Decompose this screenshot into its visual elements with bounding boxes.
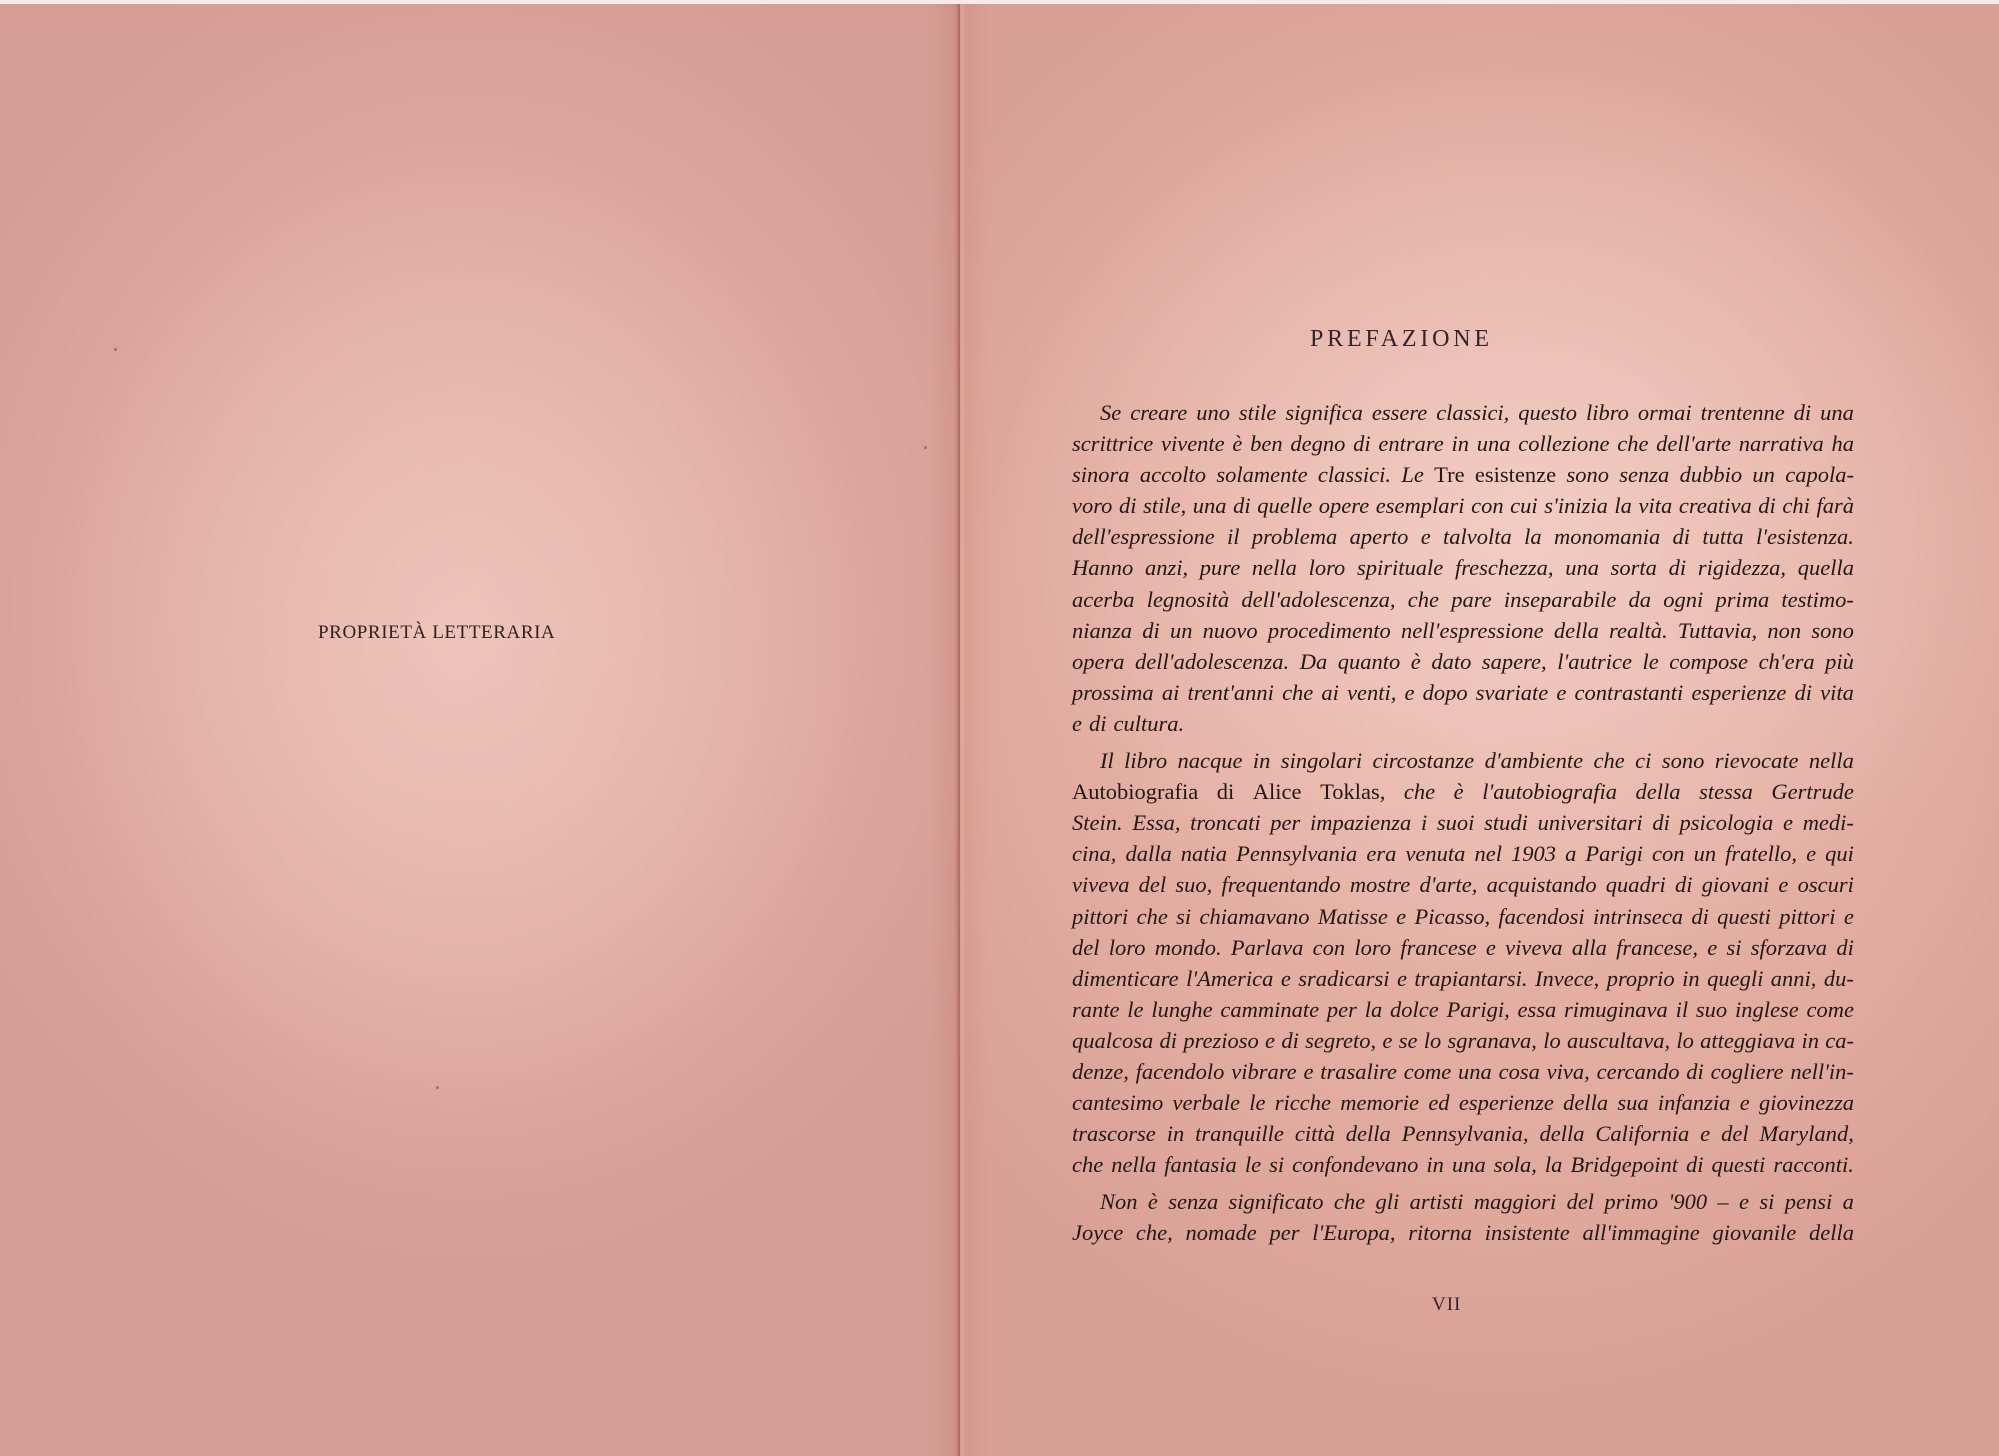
word: universitari <box>1538 807 1643 838</box>
word: sola, <box>1494 1149 1537 1180</box>
word: trasalire <box>1320 1056 1397 1087</box>
word: realtà. <box>1609 615 1668 646</box>
text-line: Stein.Essa,troncatiperimpazienzaisuoistu… <box>1072 807 1854 838</box>
word: con <box>1652 838 1685 869</box>
word: Non <box>1100 1186 1138 1217</box>
word: classici, <box>1436 397 1509 428</box>
word: collezione <box>1518 428 1609 459</box>
word: artisti <box>1410 1186 1464 1217</box>
word: medi- <box>1803 807 1854 838</box>
text-line: operadell'adolescenza.Daquantoèdatosaper… <box>1072 646 1854 677</box>
word: dubbio <box>1680 459 1743 490</box>
word: acquistando <box>1487 869 1597 900</box>
word: questo <box>1518 397 1577 428</box>
word: e <box>1486 932 1496 963</box>
word: e <box>1281 963 1291 994</box>
word: e <box>1405 677 1415 708</box>
paper-speck <box>924 446 927 449</box>
word: Parigi, <box>1447 994 1510 1025</box>
gutter-fold <box>958 4 960 1456</box>
word: di <box>1795 677 1813 708</box>
text-line: Joyceche,nomadeperl'Europa,ritornainsist… <box>1072 1217 1854 1248</box>
word: dell'adolescenza, <box>1241 584 1395 615</box>
word: fantasia <box>1164 1149 1237 1180</box>
word: farà <box>1816 490 1854 521</box>
word: facendolo <box>1136 1056 1225 1087</box>
word: e <box>1700 1118 1710 1149</box>
word: rigidezza, <box>1698 552 1786 583</box>
word: una <box>1477 428 1511 459</box>
word: racconti. <box>1773 1149 1854 1180</box>
word: Stein. <box>1072 807 1123 838</box>
word: quadri <box>1606 869 1666 900</box>
word: Pennsylvania <box>1236 838 1357 869</box>
word: le <box>1245 1149 1261 1180</box>
word: della <box>1346 1118 1391 1149</box>
word: impazienza <box>1310 807 1411 838</box>
word: creativa <box>1679 490 1752 521</box>
word: cultura. <box>1114 708 1185 739</box>
word: rievocate <box>1715 745 1799 776</box>
word: giovanile <box>1713 1217 1797 1248</box>
word: opere <box>1319 490 1369 521</box>
word: in <box>1682 963 1700 994</box>
word: essa <box>1518 994 1557 1025</box>
word: dell'arte <box>1656 428 1731 459</box>
word: prossima <box>1072 677 1154 708</box>
word: ogni <box>1663 584 1703 615</box>
word: del <box>1139 869 1167 900</box>
word: loro <box>1309 552 1346 583</box>
word: e <box>1556 677 1566 708</box>
word: d'ambiente <box>1485 745 1584 776</box>
word: di <box>1686 1149 1704 1180</box>
word: e <box>1844 901 1854 932</box>
word: si <box>1176 901 1191 932</box>
word: in <box>1801 1025 1819 1056</box>
word: se <box>1399 1025 1418 1056</box>
word: di <box>1686 1056 1704 1087</box>
text-line: rantelelunghecamminateperladolceParigi,e… <box>1072 994 1854 1025</box>
word: le <box>1127 994 1143 1025</box>
word: dimenticare <box>1072 963 1179 994</box>
word: che <box>1282 677 1313 708</box>
word: ed <box>1428 1087 1449 1118</box>
word: chi <box>1782 490 1810 521</box>
text-line: vivevadelsuo,frequentandomostred'arte,ac… <box>1072 869 1854 900</box>
word: Parlava <box>1231 932 1304 963</box>
text-line: dell'espressioneilproblemaapertoetalvolt… <box>1072 521 1854 552</box>
word: quegli <box>1707 963 1763 994</box>
word: di <box>1089 708 1107 739</box>
word: si <box>1269 1149 1284 1180</box>
word: ritorna <box>1408 1217 1472 1248</box>
paper-speck <box>114 348 117 351</box>
word: di <box>1669 552 1687 583</box>
word: cosa <box>1499 1056 1540 1087</box>
text-line: Illibronacqueinsingolaricircostanzed'amb… <box>1072 745 1854 776</box>
word: esperienze <box>1459 1087 1554 1118</box>
word: la <box>1365 994 1383 1025</box>
word: singolari <box>1281 745 1362 776</box>
text-line: scrittriceviventeèbendegnodientrareinuna… <box>1072 428 1854 459</box>
word: '900 <box>1669 1186 1708 1217</box>
word: trent'anni <box>1187 677 1273 708</box>
word: ai <box>1162 677 1180 708</box>
word: svariate <box>1476 677 1549 708</box>
word: Pennsylvania, <box>1402 1118 1529 1149</box>
word: prima <box>1715 584 1769 615</box>
word: che <box>1072 1149 1103 1180</box>
word: suoi <box>1437 807 1475 838</box>
word: Il <box>1100 745 1114 776</box>
word: di <box>1652 807 1670 838</box>
word: vita <box>1820 677 1854 708</box>
word: solamente <box>1216 459 1307 490</box>
left-page: PROPRIETÀ LETTERARIA <box>0 4 958 1456</box>
word: l'esistenza. <box>1756 521 1854 552</box>
word: inglese <box>1735 994 1799 1025</box>
word: quelle <box>1257 490 1312 521</box>
word: loro <box>1109 932 1146 963</box>
word: una <box>1193 490 1227 521</box>
word: con <box>1313 932 1346 963</box>
word: che, <box>1136 1217 1173 1248</box>
word: 1903 <box>1511 838 1556 869</box>
word: significa <box>1285 397 1363 428</box>
text-line: cina,dallanatiaPennsylvaniaeravenutanel1… <box>1072 838 1854 869</box>
word: di <box>1675 869 1693 900</box>
word: e <box>1806 838 1816 869</box>
word: una <box>1820 397 1854 428</box>
word: viveva <box>1505 932 1562 963</box>
word: anzi, <box>1145 552 1188 583</box>
word: verbale <box>1173 1087 1240 1118</box>
word: i <box>1421 807 1427 838</box>
word: l'America <box>1186 963 1273 994</box>
word: francese, <box>1616 932 1698 963</box>
word: troncati <box>1190 807 1260 838</box>
word: all'immagine <box>1582 1217 1699 1248</box>
word: Gertrude <box>1771 776 1854 807</box>
word: circostanze <box>1373 745 1475 776</box>
word: più <box>1825 646 1854 677</box>
word: le <box>1249 1087 1265 1118</box>
word: sono <box>1811 615 1854 646</box>
word: Essa, <box>1132 807 1180 838</box>
word: natia <box>1181 838 1227 869</box>
word: e <box>1396 901 1406 932</box>
word: del <box>1721 1118 1749 1149</box>
word: insistente <box>1485 1217 1570 1248</box>
word: contrastanti <box>1575 677 1684 708</box>
word: pare <box>1451 584 1491 615</box>
word: mondo. <box>1155 932 1222 963</box>
word: Toklas, <box>1320 776 1385 807</box>
word: venti, <box>1347 677 1396 708</box>
word: nell'espressione <box>1401 615 1544 646</box>
word: essere <box>1372 397 1427 428</box>
word: classici. <box>1318 459 1391 490</box>
word: fratello, <box>1725 838 1797 869</box>
word: libro <box>1586 397 1629 428</box>
word: pure <box>1200 552 1240 583</box>
word: ci <box>1635 745 1651 776</box>
word: tutta <box>1702 521 1743 552</box>
word: frequentando <box>1221 869 1340 900</box>
word: ca- <box>1825 1025 1854 1056</box>
word: Tre <box>1434 459 1464 490</box>
word: opera <box>1072 646 1125 677</box>
word: il <box>1227 521 1240 552</box>
word: confondevano <box>1292 1149 1418 1180</box>
word: come <box>1807 994 1854 1025</box>
word: e <box>1739 1186 1749 1217</box>
word: nell'in- <box>1790 1056 1854 1087</box>
text-line: Nonèsenzasignificatochegliartistimaggior… <box>1072 1186 1854 1217</box>
word: di <box>1758 490 1776 521</box>
text-line: acerbalegnositàdell'adolescenza,cheparei… <box>1072 584 1854 615</box>
word: è <box>1148 1186 1158 1217</box>
word: sono <box>1662 745 1705 776</box>
text-line: chenellafantasialesiconfondevanoinunasol… <box>1072 1149 1854 1180</box>
text-line: delloromondo.Parlavaconlorofranceseevive… <box>1072 932 1854 963</box>
word: di <box>1794 397 1812 428</box>
word: atteggiava <box>1700 1025 1795 1056</box>
word: oscuri <box>1798 869 1854 900</box>
word: dato <box>1431 646 1471 677</box>
word: Tuttavia, <box>1678 615 1757 646</box>
word: di <box>1836 932 1854 963</box>
word: ben <box>1250 428 1283 459</box>
word: cercando <box>1597 1056 1680 1087</box>
word: una <box>1458 1056 1492 1087</box>
word: dell'espressione <box>1072 521 1215 552</box>
word: problema <box>1252 521 1337 552</box>
word: a <box>1565 838 1576 869</box>
word: primo <box>1604 1186 1658 1217</box>
word: voro <box>1072 490 1112 521</box>
word: Invece, <box>1535 963 1599 994</box>
word: lunghe <box>1151 994 1212 1025</box>
word: e <box>1421 521 1431 552</box>
word: dalla <box>1125 838 1171 869</box>
word: monomania <box>1554 521 1660 552</box>
word: Parigi <box>1585 838 1643 869</box>
word: una <box>1452 1149 1486 1180</box>
word: qualcosa <box>1072 1025 1153 1056</box>
word: l'autobiografia <box>1482 776 1617 807</box>
word: mostre <box>1350 869 1410 900</box>
word: vivente <box>1161 428 1225 459</box>
word: sinora <box>1072 459 1130 490</box>
word: du- <box>1824 963 1854 994</box>
word: un <box>1694 838 1717 869</box>
word: uno <box>1196 397 1230 428</box>
text-line: sinoraaccoltosolamenteclassici.LeTreesis… <box>1072 459 1854 490</box>
word: trentenne <box>1701 397 1785 428</box>
word: è <box>1411 646 1421 677</box>
word: trapiantarsi. <box>1414 963 1527 994</box>
word: sua <box>1617 1087 1648 1118</box>
word: vibrare <box>1231 1056 1296 1087</box>
text-line: trascorseintranquillecittàdellaPennsylva… <box>1072 1118 1854 1149</box>
word: stessa <box>1699 776 1753 807</box>
word: di <box>1119 490 1137 521</box>
word: non <box>1767 615 1801 646</box>
word: in <box>1167 1118 1185 1149</box>
word: ch'era <box>1759 646 1815 677</box>
word: che <box>1594 745 1625 776</box>
word: con <box>1471 490 1504 521</box>
word: questi <box>1717 901 1771 932</box>
word: in <box>1426 1149 1444 1180</box>
word: che <box>1137 901 1168 932</box>
text-line: prossimaaitrent'annicheaiventi,edoposvar… <box>1072 677 1854 708</box>
word: degno <box>1290 428 1345 459</box>
word: in <box>1452 428 1470 459</box>
word: quella <box>1798 552 1854 583</box>
word: nella <box>1111 1149 1156 1180</box>
word: nel <box>1474 838 1502 869</box>
word: e <box>1778 869 1788 900</box>
word: inseparabile <box>1504 584 1617 615</box>
book-gutter <box>930 4 990 1456</box>
word: e <box>1707 932 1717 963</box>
word: vita <box>1639 490 1673 521</box>
word: della <box>1636 776 1681 807</box>
word: questi <box>1712 1149 1766 1180</box>
book-spread: PROPRIETÀ LETTERARIA PREFAZIONE Secreare… <box>0 4 1999 1456</box>
word: come <box>1404 1056 1451 1087</box>
word: Le <box>1401 459 1424 490</box>
word: esemplari <box>1376 490 1465 521</box>
word: cina, <box>1072 838 1116 869</box>
preface-body: Secreareunostilesignificaessereclassici,… <box>1072 397 1854 1249</box>
word: narrativa <box>1739 428 1824 459</box>
word: di <box>1281 1025 1299 1056</box>
word: pittori <box>1779 901 1835 932</box>
word: sgranava, <box>1448 1025 1537 1056</box>
word: auscultava, <box>1567 1025 1670 1056</box>
word: senza <box>1168 1186 1218 1217</box>
word: cui <box>1510 490 1538 521</box>
word: studi <box>1484 807 1528 838</box>
word: sono <box>1566 459 1609 490</box>
word: le <box>1643 646 1659 677</box>
word: nomade <box>1186 1217 1257 1248</box>
word: viveva <box>1072 869 1129 900</box>
word: pittori <box>1072 901 1128 932</box>
text-line: vorodistile,unadiquelleopereesemplaricon… <box>1072 490 1854 521</box>
word: di <box>1691 901 1709 932</box>
word: facendosi <box>1498 901 1584 932</box>
word: trascorse <box>1072 1118 1156 1149</box>
word: per <box>1327 994 1357 1025</box>
word: città <box>1295 1118 1335 1149</box>
word: di <box>1353 428 1371 459</box>
word: Hanno <box>1072 552 1133 583</box>
text-line: Hannoanzi,purenellalorospiritualefresche… <box>1072 552 1854 583</box>
word: viva, <box>1547 1056 1590 1087</box>
word: ricche <box>1275 1087 1331 1118</box>
word: da <box>1629 584 1652 615</box>
word: accolto <box>1140 459 1206 490</box>
word: che <box>1404 776 1435 807</box>
word: è <box>1454 776 1464 807</box>
word: un <box>1170 615 1193 646</box>
word: camminate <box>1220 994 1319 1025</box>
word: e <box>1265 1025 1275 1056</box>
word: senza <box>1619 459 1669 490</box>
word: e <box>1783 807 1793 838</box>
word: aperto <box>1350 521 1409 552</box>
word: la <box>1545 1149 1563 1180</box>
word: quanto <box>1338 646 1401 677</box>
word: legnosità <box>1147 584 1230 615</box>
word: proprio <box>1607 963 1675 994</box>
word: la <box>1614 490 1632 521</box>
text-line: edicultura. <box>1072 708 1854 739</box>
word: ha <box>1831 428 1854 459</box>
word: francese <box>1400 932 1476 963</box>
word: segreto, <box>1305 1025 1376 1056</box>
word: significato <box>1229 1186 1324 1217</box>
word: a <box>1843 1186 1854 1217</box>
word: libro <box>1124 745 1167 776</box>
word: un <box>1752 459 1775 490</box>
word: stile <box>1239 397 1277 428</box>
word: s'inizia <box>1544 490 1608 521</box>
word: Matisse <box>1318 901 1388 932</box>
word: ai <box>1321 677 1339 708</box>
text-line: pittorichesichiamavanoMatisseePicasso,fa… <box>1072 901 1854 932</box>
word: nuovo <box>1203 615 1258 646</box>
word: prezioso <box>1183 1025 1258 1056</box>
word: loro <box>1354 932 1391 963</box>
word: del <box>1072 932 1100 963</box>
word: si <box>1759 1186 1774 1217</box>
word: alla <box>1572 932 1607 963</box>
word: pensi <box>1785 1186 1833 1217</box>
word: lo <box>1543 1025 1561 1056</box>
word: della <box>1554 615 1599 646</box>
text-line: AutobiografiadiAliceToklas,cheèl'autobio… <box>1072 776 1854 807</box>
word: cogliere <box>1711 1056 1784 1087</box>
text-line: nianzadiunnuovoprocedimentonell'espressi… <box>1072 615 1854 646</box>
word: d'arte, <box>1419 869 1477 900</box>
page-number: VII <box>1432 1294 1461 1316</box>
word: che <box>1617 428 1648 459</box>
word: stile, <box>1143 490 1186 521</box>
text-line: dimenticarel'Americaesradicarsietrapiant… <box>1072 963 1854 994</box>
word: nella <box>1809 745 1854 776</box>
word: dopo <box>1423 677 1468 708</box>
word: ormai <box>1638 397 1692 428</box>
word: psicologia <box>1680 807 1774 838</box>
word: cantesimo <box>1072 1087 1163 1118</box>
word: che <box>1408 584 1439 615</box>
word: Da <box>1300 646 1328 677</box>
word: suo <box>1696 994 1727 1025</box>
word: rante <box>1072 994 1120 1025</box>
word: entrare <box>1378 428 1443 459</box>
word: tranquille <box>1195 1118 1284 1149</box>
word: del <box>1567 1186 1595 1217</box>
word: – <box>1717 1186 1728 1217</box>
word: Joyce <box>1072 1217 1123 1248</box>
word: di <box>1217 776 1235 807</box>
